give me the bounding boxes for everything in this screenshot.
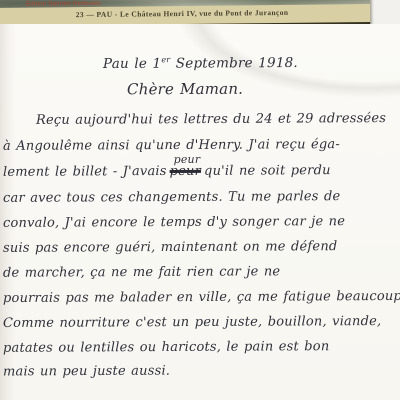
correction-after: qu'il ne soit perdu — [204, 163, 331, 179]
handwritten-line: à Angoulême ainsi qu'une d'Henry. J'ai r… — [3, 137, 340, 155]
handwritten-line: mais un peu juste aussi. — [3, 364, 170, 381]
correction-word: peurpeur — [170, 164, 201, 180]
letter-salutation: Chère Maman. — [127, 81, 243, 98]
scanned-letter-page: Édition Saintier Redoutes 23 — PAU - Le … — [0, 0, 400, 400]
postcard-publisher-line: Édition Saintier Redoutes — [26, 1, 101, 8]
handwritten-line: patates ou lentilles ou haricots, le pai… — [3, 339, 329, 357]
handwritten-line: convalo, J'ai encore le temps d'y songer… — [3, 214, 345, 232]
rewritten-word-above: peur — [174, 154, 201, 165]
handwritten-line: car avec tous ces changements. Tu me par… — [3, 189, 341, 207]
dateline-prefix: Pau le 1 — [103, 56, 161, 72]
letter-dateline: Pau le 1er Septembre 1918. — [103, 51, 298, 72]
correction-before: lement le billet - J'avais — [3, 164, 167, 180]
dateline-suffix: Septembre 1918. — [170, 55, 298, 72]
handwritten-line: Comme nourriture c'est un peu juste, bou… — [3, 314, 381, 332]
handwritten-line: de marcher, ça ne me fait rien car je ne — [3, 264, 280, 281]
handwritten-line: suis pas encore guéri, maintenant on me … — [3, 239, 337, 257]
handwritten-line-with-correction: lement le billet - J'avaispeurpeurqu'il … — [3, 163, 331, 181]
dateline-superscript: er — [161, 55, 170, 64]
handwritten-line: Reçu aujourd'hui tes lettres du 24 et 29… — [36, 111, 386, 129]
struck-word: peur — [170, 164, 201, 179]
handwritten-line: pourrais pas me balader en ville, ça me … — [3, 289, 400, 307]
